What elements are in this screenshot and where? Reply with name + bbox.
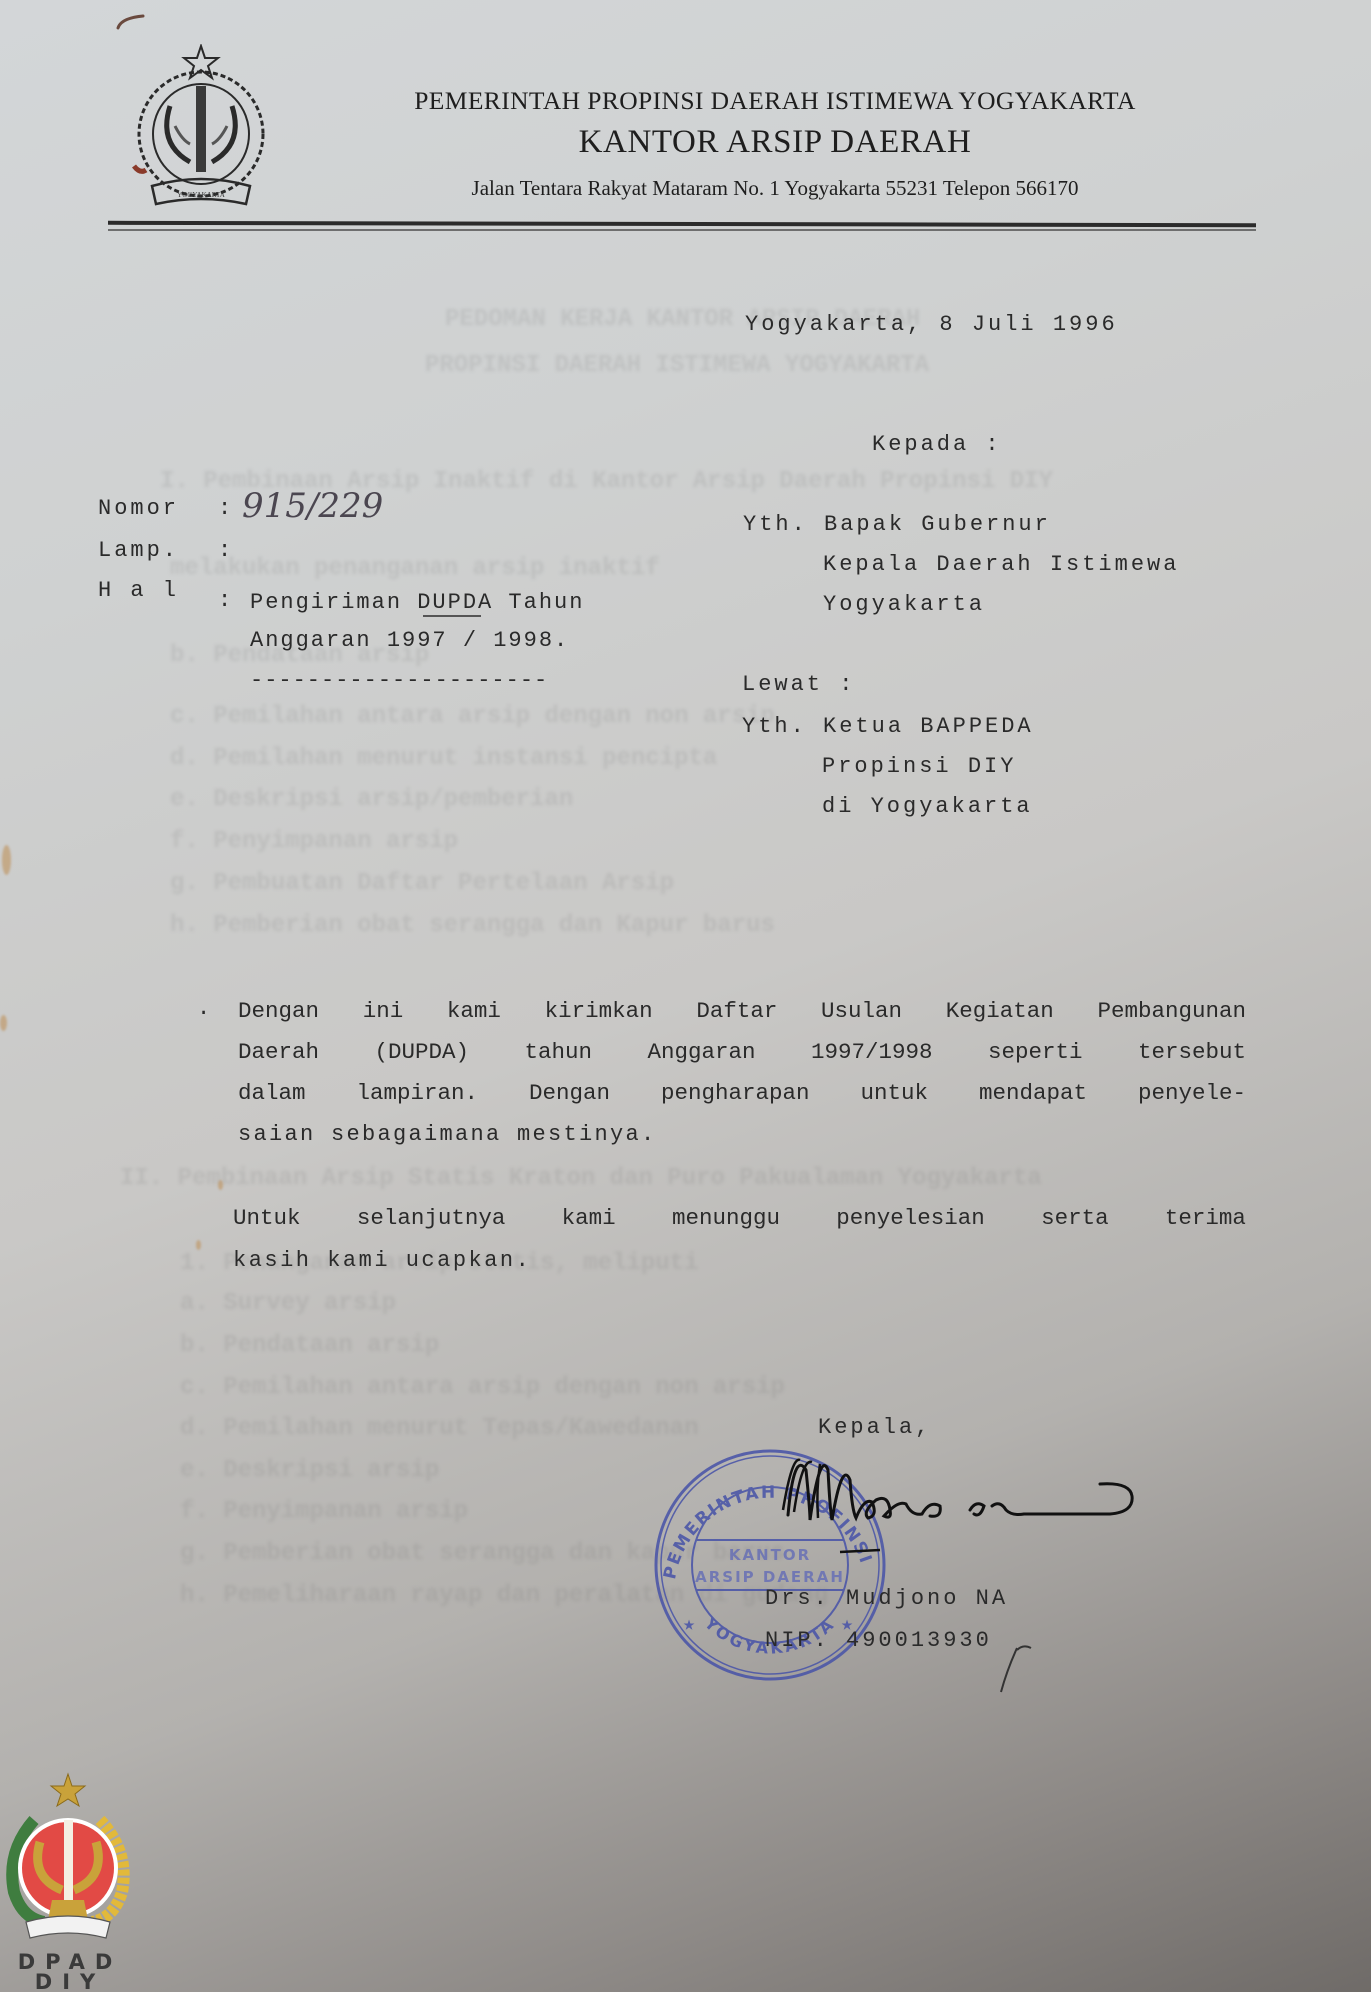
signature-title: Kepala, <box>818 1415 931 1440</box>
letterhead-government: PEMERINTAH PROPINSI DAERAH ISTIMEWA YOGY… <box>370 86 1180 116</box>
body-word: pengharapan <box>661 1080 810 1121</box>
body-word: Dengan <box>529 1080 610 1121</box>
paper-stain <box>196 1240 201 1250</box>
body-word: serta <box>1041 1205 1109 1246</box>
ghost-line: d. Pemilahan menurut instansi pencipta <box>170 745 717 772</box>
hal-label: H a l <box>98 578 179 603</box>
recipient-line2: Kepala Daerah Istimewa <box>823 552 1179 577</box>
letterhead-office: KANTOR ARSIP DAERAH <box>370 124 1180 161</box>
handwritten-signature-icon <box>780 1440 1150 1570</box>
dupda-underline <box>423 615 481 617</box>
body-word: lampiran. <box>356 1080 478 1121</box>
body-word: Kegiatan <box>946 998 1054 1039</box>
ghost-line: c. Pemilahan antara arsip dengan non ars… <box>170 703 775 730</box>
ghost-line: PROPINSI DAERAH ISTIMEWA YOGYAKARTA <box>425 352 929 379</box>
body-word: seperti <box>988 1039 1083 1080</box>
letterhead-divider <box>108 221 1256 227</box>
body-word: menunggu <box>672 1205 780 1246</box>
hal-subject-line2: Anggaran 1997 / 1998. <box>250 628 569 653</box>
hal-colon: : <box>218 588 234 613</box>
ghost-line: f. Penyimpanan arsip <box>170 828 458 855</box>
body-line: Untukselanjutnyakamimenunggupenyelesians… <box>233 1205 1246 1246</box>
body-word: selanjutnya <box>357 1205 506 1246</box>
body-word: tahun <box>524 1039 592 1080</box>
body-word: ini <box>363 998 404 1039</box>
letterhead-divider-thin <box>108 229 1256 231</box>
hal-rule: --------------------- <box>250 668 548 693</box>
ghost-line: g. Pembuatan Daftar Pertelaan Arsip <box>170 870 674 897</box>
signatory-nip: NIP. 490013930 <box>765 1628 992 1653</box>
ghost-line: c. Pemilahan antara arsip dengan non ars… <box>180 1374 785 1401</box>
via-line2: Propinsi DIY <box>822 754 1016 779</box>
body-line: dalamlampiran.Denganpengharapanuntukmend… <box>238 1080 1246 1121</box>
svg-text:YOGYAKARTA: YOGYAKARTA <box>177 191 225 199</box>
body-word: Daftar <box>696 998 777 1039</box>
body-line: DenganinikamikirimkanDaftarUsulanKegiata… <box>238 998 1246 1039</box>
pen-mark-icon <box>115 12 147 32</box>
letter-date: Yogyakarta, 8 Juli 1996 <box>745 312 1118 337</box>
recipient-line3: Yogyakarta <box>823 592 985 617</box>
nomor-colon: : <box>218 496 234 521</box>
paper-stain <box>218 1180 223 1190</box>
body-line: Daerah(DUPDA)tahunAnggaran1997/1998seper… <box>238 1039 1246 1080</box>
via-line3: di Yogyakarta <box>822 794 1033 819</box>
body-word: Anggaran <box>647 1039 755 1080</box>
body-word: kami <box>447 998 501 1039</box>
body-word: kami <box>562 1205 616 1246</box>
body-word: penyelesian <box>836 1205 985 1246</box>
via-line1: Yth. Ketua BAPPEDA <box>742 714 1034 739</box>
body-paragraph-1: DenganinikamikirimkanDaftarUsulanKegiata… <box>238 998 1246 1121</box>
body-word: Usulan <box>821 998 902 1039</box>
body-word: Untuk <box>233 1205 301 1246</box>
body-word: penyele- <box>1138 1080 1246 1121</box>
ghost-line: f. Penyimpanan arsip <box>180 1498 468 1525</box>
via-label: Lewat : <box>742 672 855 697</box>
body-word: dalam <box>238 1080 306 1121</box>
body-word: Daerah <box>238 1039 319 1080</box>
nomor-label: Nomor <box>98 496 179 521</box>
ghost-line: II. Pembinaan Arsip Statis Kraton dan Pu… <box>120 1165 1042 1192</box>
body-word: (DUPDA) <box>374 1039 469 1080</box>
letterhead-address: Jalan Tentara Rakyat Mataram No. 1 Yogya… <box>370 176 1180 201</box>
body-word: terima <box>1165 1205 1246 1246</box>
recipient-label: Kepada : <box>872 432 1002 457</box>
lamp-colon: : <box>218 538 234 563</box>
paraf-initial-icon <box>995 1640 1045 1700</box>
paper-stain <box>0 1015 7 1031</box>
ghost-line: d. Pemilahan menurut Tepas/Kawedanan <box>180 1415 698 1442</box>
body-word: kirimkan <box>545 998 653 1039</box>
stamp-star-icon: ★ <box>683 1614 695 1637</box>
dpad-diy-logo-icon <box>0 1772 140 1947</box>
body-word: 1997/1998 <box>811 1039 933 1080</box>
nomor-value: 915/229 <box>242 486 383 526</box>
svg-text:ARSIP DAERAH: ARSIP DAERAH <box>695 1568 845 1586</box>
ghost-line: melakukan penanganan arsip inaktif <box>170 555 660 582</box>
body-word: tersebut <box>1138 1039 1246 1080</box>
watermark-line2: DIY <box>0 1970 140 1992</box>
signatory-name: Drs. Mudjono NA <box>765 1586 1008 1611</box>
hal-subject-line1: Pengiriman DUPDA Tahun <box>250 590 584 615</box>
body-word: untuk <box>860 1080 928 1121</box>
ghost-line: e. Deskripsi arsip/pemberian <box>170 786 573 813</box>
body-paragraph-2: Untukselanjutnyakamimenunggupenyelesians… <box>233 1205 1246 1246</box>
paper-stain <box>2 845 11 875</box>
body-word: Dengan <box>238 998 319 1039</box>
ghost-line: a. Survey arsip <box>180 1290 396 1317</box>
body-word: mendapat <box>979 1080 1087 1121</box>
yogyakarta-emblem-icon: YOGYAKARTA <box>130 44 272 212</box>
body-paragraph-1-last: saian sebagaimana mestinya. <box>238 1122 657 1147</box>
ghost-line: b. Pendataan arsip <box>180 1332 439 1359</box>
lamp-label: Lamp. <box>98 538 179 563</box>
body-paragraph-2-last: kasih kami ucapkan. <box>233 1248 531 1273</box>
ghost-line: h. Pemberian obat serangga dan Kapur bar… <box>170 912 775 939</box>
recipient-line1: Yth. Bapak Gubernur <box>743 512 1051 537</box>
bullet-dot: . <box>197 996 210 1021</box>
body-word: Pembangunan <box>1097 998 1246 1039</box>
ghost-line: e. Deskripsi arsip <box>180 1457 439 1484</box>
